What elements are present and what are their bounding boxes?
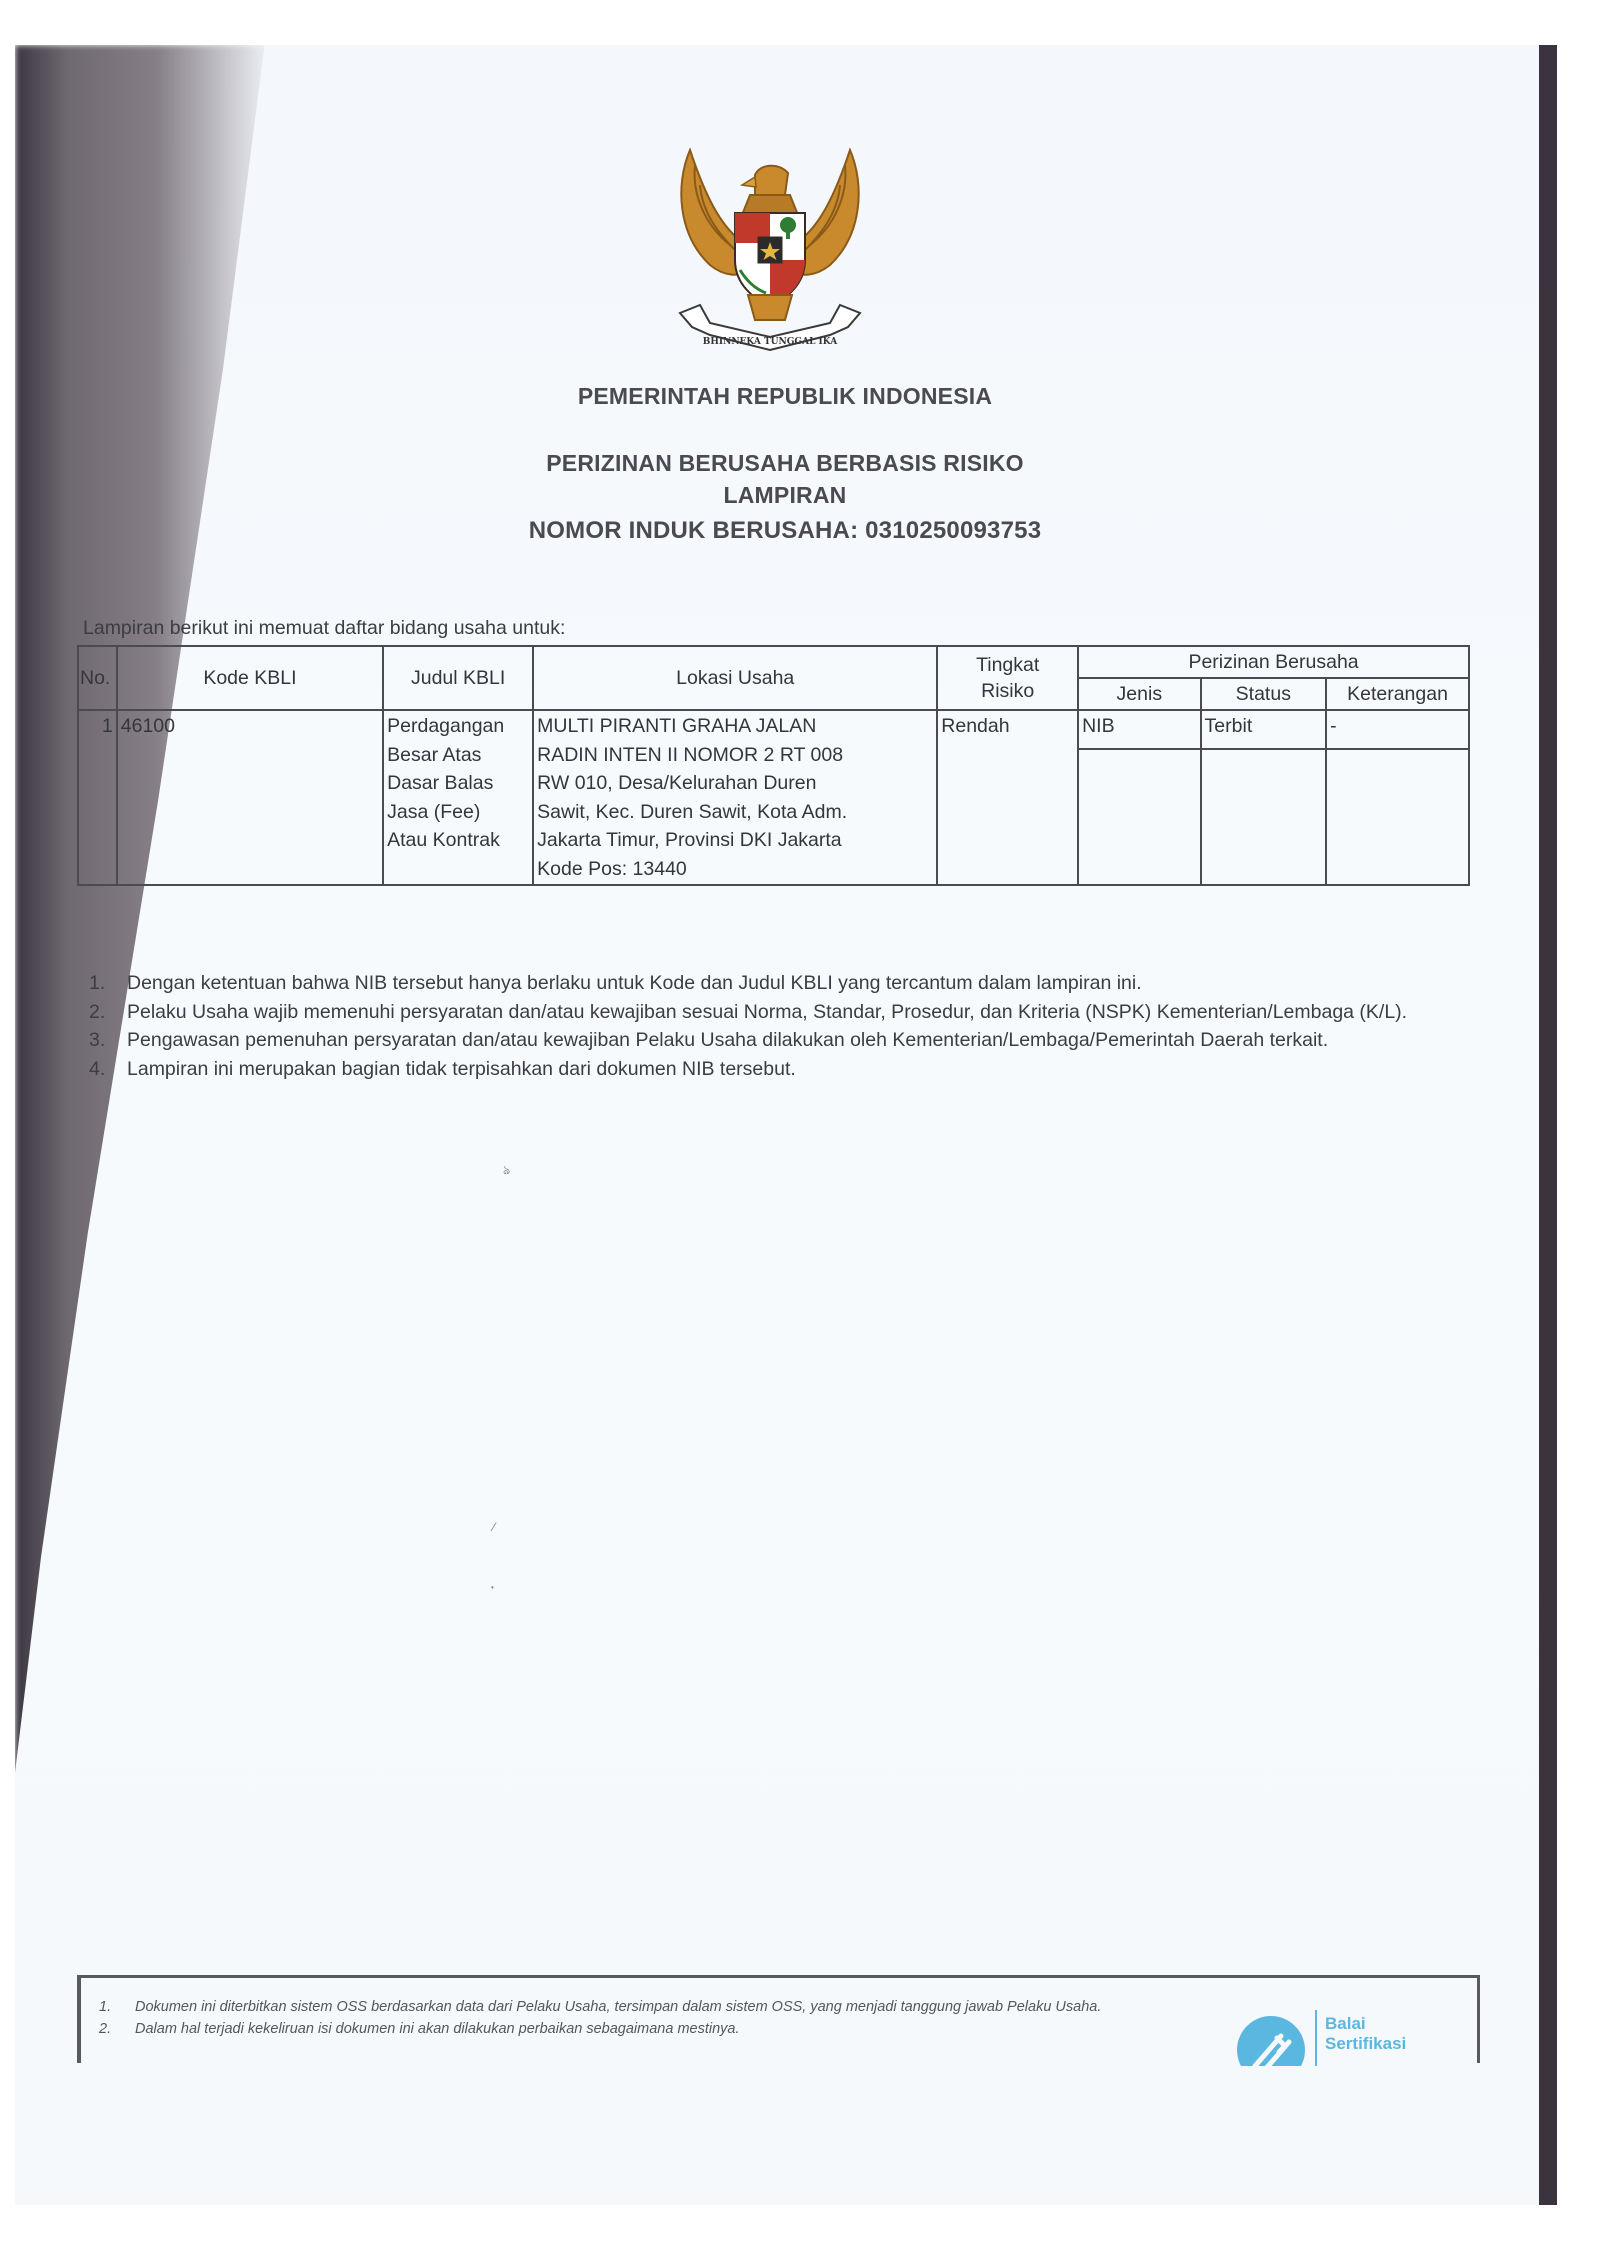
lokasi-line: MULTI PIRANTI GRAHA JALAN — [537, 712, 933, 741]
footer-note-text: Dalam hal terjadi kekeliruan isi dokumen… — [135, 2021, 740, 2037]
cell-jenis: NIB — [1078, 710, 1200, 749]
kbli-table: No. Kode KBLI Judul KBLI Lokasi Usaha Ti… — [77, 645, 1470, 886]
balai-sertifikasi-logo-icon — [1237, 2016, 1305, 2066]
balai-sertifikasi-logo: Balai Sertifikasi — [1219, 2002, 1449, 2066]
scan-speck: ⁄ — [493, 1520, 495, 1534]
document-title: PERIZINAN BERUSAHA BERBASIS RISIKO — [15, 450, 1555, 477]
cell-status: Terbit — [1201, 710, 1327, 749]
scan-edge-right — [1539, 45, 1557, 2205]
footer-notes: 1.Dokumen ini diterbitkan sistem OSS ber… — [91, 1996, 1241, 2040]
scan-speck: • — [491, 1583, 494, 1592]
document-subtitle: LAMPIRAN — [15, 482, 1555, 509]
provision-item: 2.Pelaku Usaha wajib memenuhi persyarata… — [83, 998, 1471, 1027]
intro-text: Lampiran berikut ini memuat daftar bidan… — [83, 617, 565, 640]
cell-tingkat-risiko: Rendah — [937, 710, 1078, 885]
footer-note-text: Dokumen ini diterbitkan sistem OSS berda… — [135, 1999, 1101, 2015]
table-row: 1 46100 Perdagangan Besar Atas Dasar Bal… — [78, 710, 1469, 749]
government-title: PEMERINTAH REPUBLIK INDONESIA — [15, 383, 1555, 410]
judul-line: Perdagangan — [387, 712, 529, 741]
logo-line2: Sertifikasi — [1325, 2034, 1406, 2054]
judul-line: Jasa (Fee) — [387, 798, 529, 827]
lokasi-line: Sawit, Kec. Duren Sawit, Kota Adm. — [537, 798, 933, 827]
scan-speck: ঌ — [503, 1162, 510, 1182]
cell-empty — [1326, 749, 1469, 885]
logo-line1: Balai — [1325, 2014, 1406, 2034]
header-tingkat-risiko: Tingkat Risiko — [937, 646, 1078, 710]
balai-sertifikasi-text: Balai Sertifikasi — [1325, 2014, 1406, 2054]
cell-keterangan: - — [1326, 710, 1469, 749]
provision-item: 1.Dengan ketentuan bahwa NIB tersebut ha… — [83, 969, 1471, 998]
cell-no: 1 — [78, 710, 117, 885]
cell-lokasi-usaha: MULTI PIRANTI GRAHA JALAN RADIN INTEN II… — [533, 710, 937, 885]
provision-number: 4. — [89, 1055, 105, 1084]
footer-note: 1.Dokumen ini diterbitkan sistem OSS ber… — [91, 1996, 1241, 2018]
header-lokasi-usaha: Lokasi Usaha — [533, 646, 937, 710]
provision-item: 4.Lampiran ini merupakan bagian tidak te… — [83, 1055, 1471, 1084]
header-risiko-line2: Risiko — [942, 678, 1073, 704]
garuda-emblem-icon: BHINNEKA TUNGGAL IKA — [670, 145, 870, 355]
cell-empty — [1201, 749, 1327, 885]
header-status: Status — [1201, 678, 1327, 710]
header-perizinan-berusaha: Perizinan Berusaha — [1078, 646, 1469, 678]
nib-number: NOMOR INDUK BERUSAHA: 0310250093753 — [15, 517, 1555, 545]
lokasi-line: RADIN INTEN II NOMOR 2 RT 008 — [537, 741, 933, 770]
lokasi-line: RW 010, Desa/Kelurahan Duren — [537, 769, 933, 798]
provision-number: 1. — [89, 969, 105, 998]
lokasi-line: Kode Pos: 13440 — [537, 855, 933, 884]
header-keterangan: Keterangan — [1326, 678, 1469, 710]
scan-shadow-left — [15, 45, 275, 2205]
header-no: No. — [78, 646, 117, 710]
header-jenis: Jenis — [1078, 678, 1200, 710]
header-tingkat-line1: Tingkat — [942, 652, 1073, 678]
provision-item: 3.Pengawasan pemenuhan persyaratan dan/a… — [83, 1026, 1471, 1055]
provision-text: Lampiran ini merupakan bagian tidak terp… — [127, 1058, 796, 1080]
judul-line: Dasar Balas — [387, 769, 529, 798]
provision-number: 3. — [89, 1026, 105, 1055]
provision-text: Pengawasan pemenuhan persyaratan dan/ata… — [127, 1029, 1328, 1051]
provision-text: Dengan ketentuan bahwa NIB tersebut hany… — [127, 972, 1142, 994]
scanned-page: BHINNEKA TUNGGAL IKA PEMERINTAH REPUBLIK… — [15, 45, 1557, 2205]
cell-empty — [1078, 749, 1200, 885]
provision-number: 2. — [89, 998, 105, 1027]
lokasi-line: Jakarta Timur, Provinsi DKI Jakarta — [537, 826, 933, 855]
logo-divider — [1315, 2010, 1317, 2066]
cell-judul-kbli: Perdagangan Besar Atas Dasar Balas Jasa … — [383, 710, 533, 885]
provisions-list: 1.Dengan ketentuan bahwa NIB tersebut ha… — [83, 969, 1471, 1083]
judul-line: Atau Kontrak — [387, 826, 529, 855]
footer-disclaimer-box: 1.Dokumen ini diterbitkan sistem OSS ber… — [77, 1975, 1480, 2063]
header-kode-kbli: Kode KBLI — [117, 646, 383, 710]
header-judul-kbli: Judul KBLI — [383, 646, 533, 710]
provision-text: Pelaku Usaha wajib memenuhi persyaratan … — [127, 1001, 1407, 1023]
footer-note: 2.Dalam hal terjadi kekeliruan isi dokum… — [91, 2018, 1241, 2040]
footer-note-number: 1. — [99, 1996, 111, 2018]
judul-line: Besar Atas — [387, 741, 529, 770]
cell-kode-kbli: 46100 — [117, 710, 383, 885]
footer-note-number: 2. — [99, 2018, 111, 2040]
emblem-motto: BHINNEKA TUNGGAL IKA — [703, 337, 838, 347]
